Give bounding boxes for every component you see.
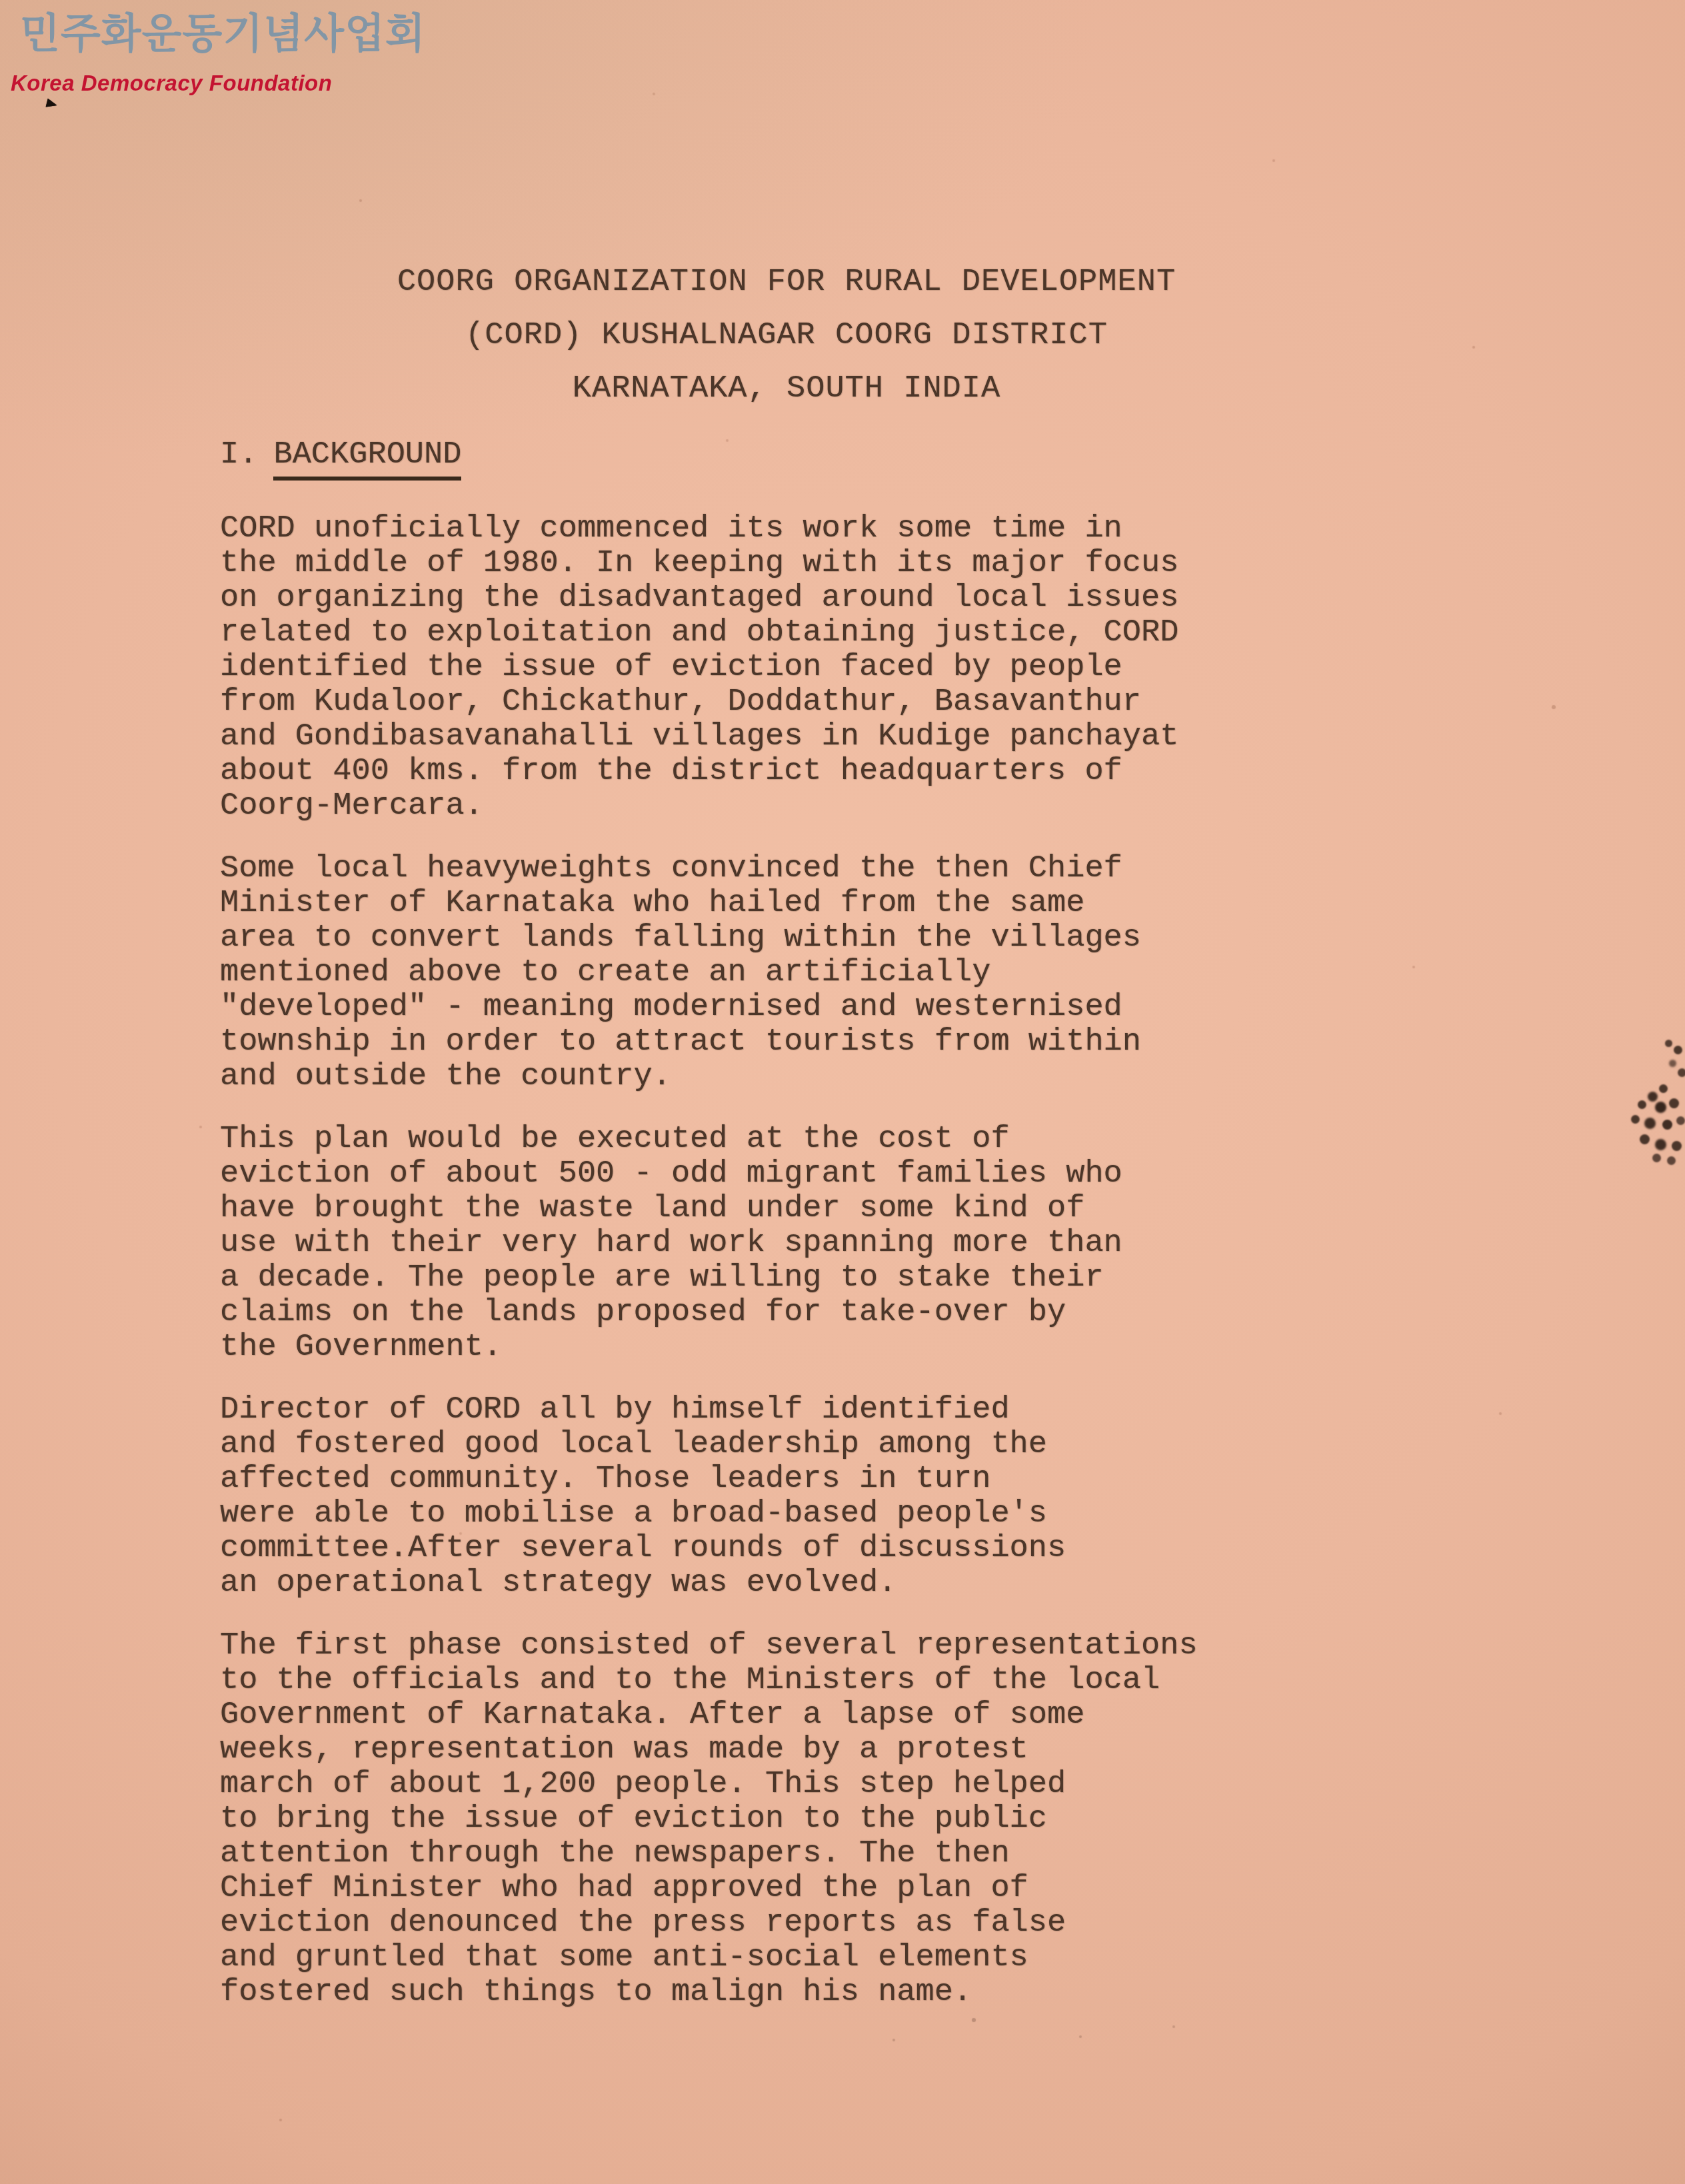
section-numeral: I. xyxy=(220,437,257,473)
document-body: CORD unoficially commenced its work some… xyxy=(220,512,1340,2038)
paragraph-background-1: CORD unoficially commenced its work some… xyxy=(220,512,1340,824)
paragraph-background-5: The first phase consisted of several rep… xyxy=(220,1629,1340,2010)
title-line-2: (CORD) KUSHALNAGAR COORG DISTRICT xyxy=(0,309,1573,363)
title-line-1: COORG ORGANIZATION FOR RURAL DEVELOPMENT xyxy=(0,256,1573,309)
korea-democracy-foundation-korean-logo: 민주화운동기념사업회 xyxy=(20,13,426,55)
section-heading-label: BACKGROUND xyxy=(273,437,461,481)
korea-democracy-foundation-english-label: Korea Democracy Foundation xyxy=(11,71,332,96)
ink-blot-icon: ▶ xyxy=(45,94,59,113)
section-heading: I.BACKGROUND xyxy=(220,437,461,473)
paper-speckles xyxy=(0,0,1,1)
paragraph-background-4: Director of CORD all by himself identifi… xyxy=(220,1393,1340,1601)
paragraph-background-2: Some local heavyweights convinced the th… xyxy=(220,852,1340,1094)
ink-smudge-right-edge xyxy=(1624,1044,1628,1048)
scanned-document-page: 민주화운동기념사업회 Korea Democracy Foundation ▶ … xyxy=(0,0,1685,2184)
title-line-3: KARNATAKA, SOUTH INDIA xyxy=(0,363,1573,416)
paragraph-background-3: This plan would be executed at the cost … xyxy=(220,1122,1340,1365)
document-title: COORG ORGANIZATION FOR RURAL DEVELOPMENT… xyxy=(0,256,1573,416)
